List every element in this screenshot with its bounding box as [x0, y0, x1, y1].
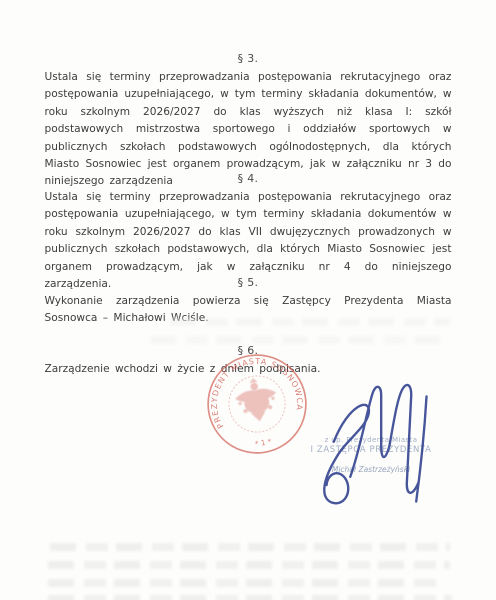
- stamp-bottom-text: * 1 *: [254, 437, 272, 449]
- bleedthrough-artifact: [150, 336, 450, 344]
- section-6-heading: § 6.: [0, 344, 496, 357]
- signature-title-line: I ZASTĘPCA PREZYDENTA: [296, 445, 446, 455]
- section-5-heading: § 5.: [0, 276, 496, 289]
- signer-name: Michał Zastrzeżyński: [296, 465, 446, 474]
- bleedthrough-artifact: [48, 579, 440, 587]
- section-4-heading: § 4.: [0, 172, 496, 185]
- bleedthrough-artifact: [48, 595, 452, 600]
- bleedthrough-artifact: [170, 318, 450, 326]
- section-6: § 6. Zarządzenie wchodzi w życie z dniem…: [0, 344, 496, 378]
- bleedthrough-artifact: [50, 543, 450, 551]
- section-3-heading: § 3.: [0, 52, 496, 65]
- document-page: § 3. Ustala się terminy przeprowadzania …: [0, 0, 496, 600]
- section-3: § 3. Ustala się terminy przeprowadzania …: [0, 52, 496, 191]
- bleedthrough-artifact: [48, 561, 450, 569]
- signature-block: z up. Prezydenta Miasta I ZASTĘPCA PREZY…: [296, 436, 446, 474]
- signature-authority-line: z up. Prezydenta Miasta: [296, 436, 446, 444]
- section-6-body: Zarządzenie wchodzi w życie z dniem podp…: [45, 361, 452, 378]
- eagle-emblem-icon: [232, 375, 280, 425]
